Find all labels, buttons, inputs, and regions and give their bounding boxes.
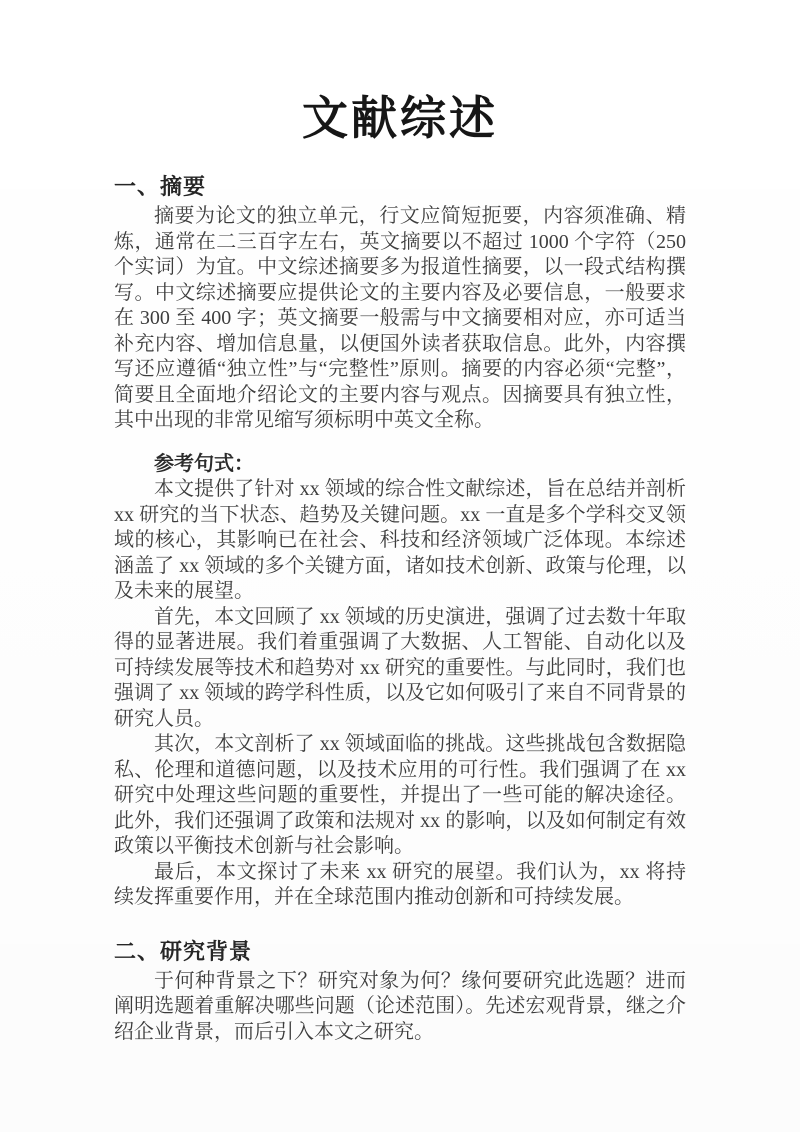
reference-paragraph-overview: 本文提供了针对 xx 领域的综合性文献综述，旨在总结并剖析 xx 研究的当下状态…: [114, 477, 686, 605]
document-title: 文献综述: [114, 88, 686, 150]
abstract-paragraph: 摘要为论文的独立单元，行文应简短扼要，内容须准确、精炼，通常在二三百字左右，英文…: [114, 204, 686, 434]
section-abstract: 一、摘要 摘要为论文的独立单元，行文应简短扼要，内容须准确、精炼，通常在二三百字…: [114, 172, 686, 911]
section-heading-background: 二、研究背景: [114, 937, 686, 967]
document-page: 文献综述 一、摘要 摘要为论文的独立单元，行文应简短扼要，内容须准确、精炼，通常…: [0, 0, 800, 1132]
section-background: 二、研究背景 于何种背景之下？研究对象为何？缘何要研究此选题？进而阐明选题着重解…: [114, 937, 686, 1046]
reference-paragraph-first: 首先，本文回顾了 xx 领域的历史演进，强调了过去数十年取得的显著进展。我们着重…: [114, 605, 686, 733]
document-content: 文献综述 一、摘要 摘要为论文的独立单元，行文应简短扼要，内容须准确、精炼，通常…: [114, 0, 686, 1045]
reference-paragraph-second: 其次，本文剖析了 xx 领域面临的挑战。这些挑战包含数据隐私、伦理和道德问题，以…: [114, 732, 686, 860]
section-heading-abstract: 一、摘要: [114, 172, 686, 202]
background-paragraph: 于何种背景之下？研究对象为何？缘何要研究此选题？进而阐明选题着重解决哪些问题（论…: [114, 969, 686, 1046]
reference-label: 参考句式：: [114, 452, 686, 478]
reference-paragraph-last: 最后，本文探讨了未来 xx 研究的展望。我们认为，xx 将持续发挥重要作用，并在…: [114, 860, 686, 911]
